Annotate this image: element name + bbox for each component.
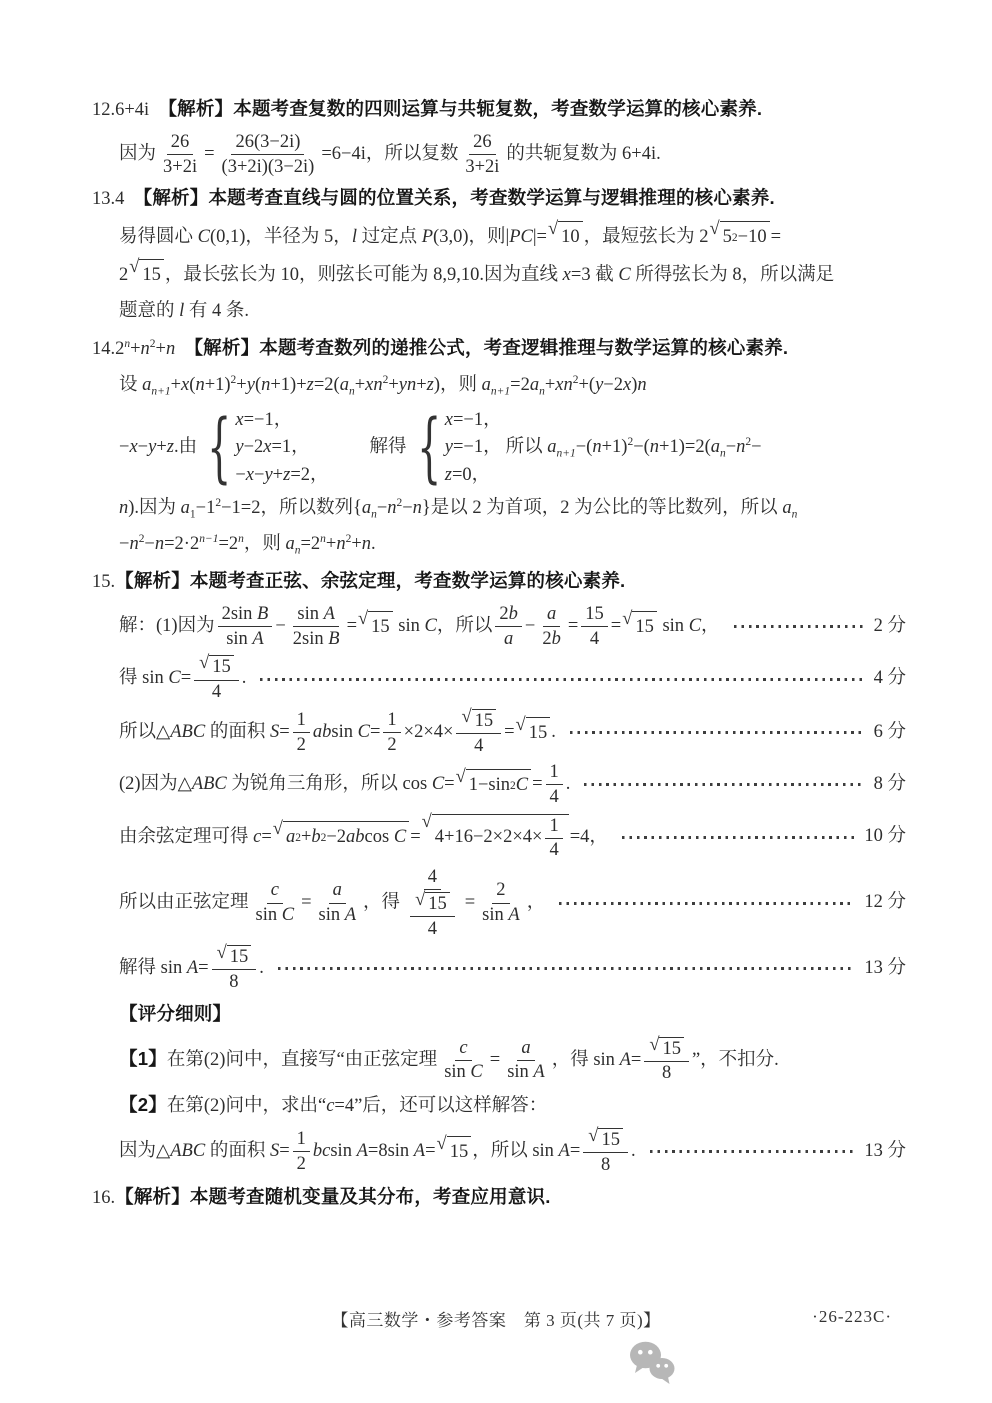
- item-15-step-5: 由余弦定理可得 c=√a2+b2−2abcos C=√4+16−2×2×4×14…: [119, 814, 906, 861]
- line-content: 所以由正弦定理csin C=asin A，得4√154=2sin A，: [119, 867, 545, 939]
- score-label: 13 分: [864, 954, 906, 984]
- score-label: 8 分: [874, 770, 906, 800]
- rubric-note-1: 【1】在第(2)问中，直接写“由正弦定理csin C=asin A，得 sin …: [119, 1037, 906, 1084]
- line-content: −n2−n=2·2n−1=2n，则 an=2n+n2+n.: [119, 534, 376, 554]
- line-content: 易得圆心 C(0,1)，半径为 5，l 过定点 P(3,0)，则|PC|=√10…: [119, 227, 781, 247]
- line-content: 【2】在第(2)问中，求出“c=4”后，还可以这样解答：: [119, 1096, 547, 1116]
- item-14-work-line-2: −x−y+z.由{x=−1，y−2x=1，−x−y+z=2， 解得{x=−1，y…: [119, 407, 906, 488]
- item-13-answer-line: 13.4 【解析】本题考查直线与圆的位置关系，考查数学运算与逻辑推理的核心素养.: [92, 183, 906, 215]
- item-15-step-6: 所以由正弦定理csin C=asin A，得4√154=2sin A，12 分: [119, 867, 906, 939]
- line-content: 由余弦定理可得 c=√a2+b2−2abcos C=√4+16−2×2×4×14…: [119, 814, 608, 861]
- item-14-answer-line: 14.2n+n2+n 【解析】本题考查数列的递推公式，考查逻辑推理与数学运算的核…: [92, 333, 906, 365]
- line-content: 解得 sin A=√158.: [119, 945, 264, 992]
- line-content: 因为△ABC 的面积 S=12bcsin A=8sin A=√15，所以 sin…: [119, 1128, 636, 1175]
- dotted-leader: [570, 731, 864, 734]
- line-content: n).因为 a1−12−1=2，所以数列{an−n2−n}是以 2 为首项，2 …: [119, 498, 797, 518]
- score-label: 13 分: [864, 1137, 906, 1167]
- score-label: 6 分: [874, 718, 906, 748]
- item-16-header-line: 16.【解析】本题考查随机变量及其分布，考查应用意识.: [92, 1182, 906, 1214]
- line-content: 【1】在第(2)问中，直接写“由正弦定理csin C=asin A，得 sin …: [119, 1050, 779, 1070]
- wechat-icon: [628, 1340, 678, 1386]
- line-content: 15.【解析】本题考查正弦、余弦定理，考查数学运算的核心素养.: [92, 572, 625, 592]
- dotted-leader: [622, 836, 854, 839]
- item-13-work-line-1: 易得圆心 C(0,1)，半径为 5，l 过定点 P(3,0)，则|PC|=√10…: [119, 221, 906, 253]
- line-content: 因为263+2i=26(3−2i)(3+2i)(3−2i)=6−4i，所以复数2…: [119, 144, 661, 164]
- item-15-step-4: (2)因为△ABC 为锐角三角形，所以 cos C=√1−sin2C=14.8 …: [119, 762, 906, 807]
- line-content: 16.【解析】本题考查随机变量及其分布，考查应用意识.: [92, 1188, 551, 1208]
- page-footer: 【高三数学・参考答案 第 3 页(共 7 页)】 ·26-223C·: [0, 1306, 992, 1336]
- footer-issue-code: ·26-223C·: [812, 1307, 892, 1327]
- line-content: 12.6+4i 【解析】本题考查复数的四则运算与共轭复数，考查数学运算的核心素养…: [92, 100, 762, 120]
- item-12-answer-line: 12.6+4i 【解析】本题考查复数的四则运算与共轭复数，考查数学运算的核心素养…: [92, 94, 906, 126]
- item-15-step-3: 所以△ABC 的面积 S=12absin C=12×2×4×√154=√15.6…: [119, 709, 906, 756]
- item-15-step-7: 解得 sin A=√158.13 分: [119, 945, 906, 992]
- line-content: 【评分细则】: [119, 1005, 231, 1025]
- dotted-leader: [584, 783, 863, 786]
- line-content: 13.4 【解析】本题考查直线与圆的位置关系，考查数学运算与逻辑推理的核心素养.: [92, 189, 775, 209]
- dotted-leader: [260, 678, 863, 681]
- score-label: 12 分: [864, 888, 906, 918]
- line-content: 14.2n+n2+n 【解析】本题考查数列的递推公式，考查逻辑推理与数学运算的核…: [92, 339, 788, 359]
- item-14-work-line-4: −n2−n=2·2n−1=2n，则 an=2n+n2+n.: [119, 530, 906, 560]
- grading-rubric-header: 【评分细则】: [119, 999, 906, 1031]
- item-13-work-line-3: 题意的 l 有 4 条.: [119, 297, 906, 327]
- dotted-leader: [734, 625, 864, 628]
- line-content: −x−y+z.由{x=−1，y−2x=1，−x−y+z=2， 解得{x=−1，y…: [119, 437, 762, 457]
- page-container: 12.6+4i 【解析】本题考查复数的四则运算与共轭复数，考查数学运算的核心素养…: [0, 0, 992, 1403]
- score-label: 4 分: [874, 664, 906, 694]
- item-14-work-line-3: n).因为 a1−12−1=2，所以数列{an−n2−n}是以 2 为首项，2 …: [119, 494, 906, 524]
- item-15-step-1: 解：(1)因为2sin Bsin A−sin A2sin B=√15 sin C…: [119, 604, 906, 649]
- answer-sheet: 12.6+4i 【解析】本题考查复数的四则运算与共轭复数，考查数学运算的核心素养…: [0, 0, 992, 1213]
- rubric-alt-solution: 因为△ABC 的面积 S=12bcsin A=8sin A=√15，所以 sin…: [119, 1128, 906, 1175]
- dotted-leader: [559, 902, 854, 905]
- item-15-step-2: 得 sin C=√154.4 分: [119, 655, 906, 702]
- line-content: 解：(1)因为2sin Bsin A−sin A2sin B=√15 sin C…: [119, 604, 720, 649]
- dotted-leader: [650, 1150, 855, 1153]
- line-content: (2)因为△ABC 为锐角三角形，所以 cos C=√1−sin2C=14.: [119, 762, 570, 807]
- item-15-header-line: 15.【解析】本题考查正弦、余弦定理，考查数学运算的核心素养.: [92, 566, 906, 598]
- dotted-leader: [278, 967, 854, 970]
- item-13-work-line-2: 2√15，最长弦长为 10，则弦长可能为 8,9,10.因为直线 x=3 截 C…: [119, 259, 906, 291]
- line-content: 2√15，最长弦长为 10，则弦长可能为 8,9,10.因为直线 x=3 截 C…: [119, 265, 834, 285]
- line-content: 所以△ABC 的面积 S=12absin C=12×2×4×√154=√15.: [119, 709, 556, 756]
- item-12-work-line: 因为263+2i=26(3−2i)(3+2i)(3−2i)=6−4i，所以复数2…: [119, 132, 906, 177]
- line-content: 设 an+1+x(n+1)2+y(n+1)+z=2(an+xn2+yn+z)，则…: [119, 375, 647, 395]
- line-content: 题意的 l 有 4 条.: [119, 301, 249, 321]
- item-14-work-line-1: 设 an+1+x(n+1)2+y(n+1)+z=2(an+xn2+yn+z)，则…: [119, 371, 906, 401]
- score-label: 2 分: [874, 612, 906, 642]
- line-content: 得 sin C=√154.: [119, 655, 246, 702]
- rubric-note-2: 【2】在第(2)问中，求出“c=4”后，还可以这样解答：: [119, 1090, 906, 1122]
- score-label: 10 分: [864, 822, 906, 852]
